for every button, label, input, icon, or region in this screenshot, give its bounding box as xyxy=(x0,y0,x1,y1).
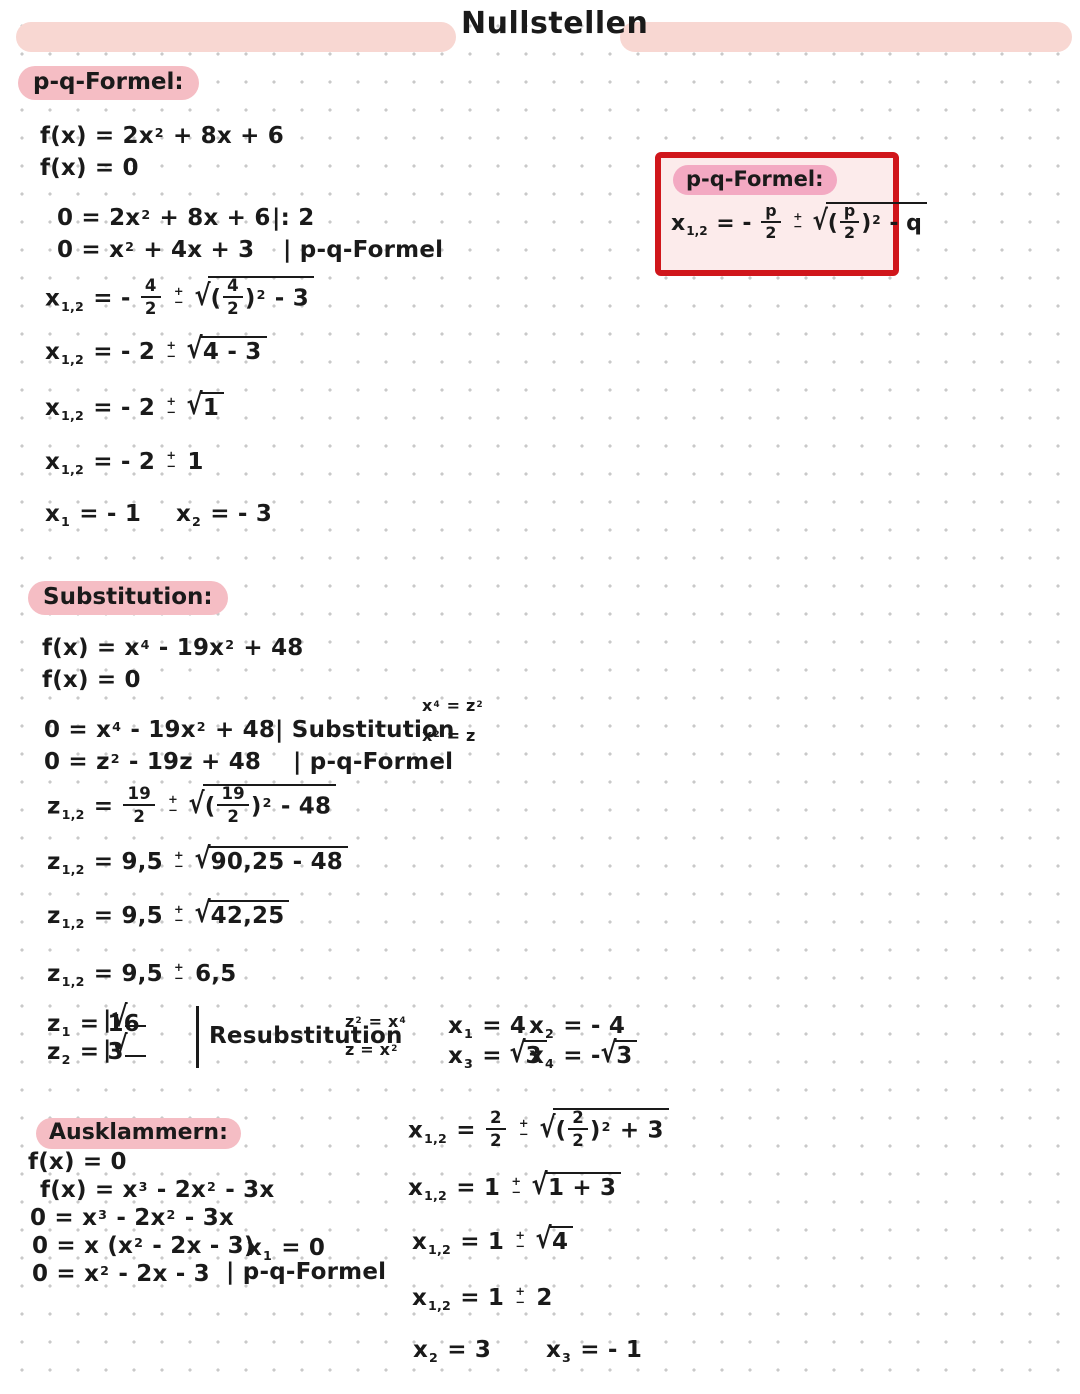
substitution-section-heading: Substitution: xyxy=(28,581,228,615)
ausklammern-line: 0 = x (x2 - 2x - 3) xyxy=(32,1232,255,1261)
title-highlight-left xyxy=(16,22,456,52)
pq-section-heading: p-q-Formel: xyxy=(18,66,199,100)
sqrt-operation-mark: |√ xyxy=(103,1036,146,1065)
resubstitution-rule-note: z2 = x4 xyxy=(345,1012,407,1032)
formula-box: p-q-Formel: x1,2 = - p2 +− √(p2)2 - q xyxy=(655,152,899,276)
substitution-step-note: | p-q-Formel xyxy=(293,748,453,777)
page-title: Nullstellen xyxy=(461,6,648,41)
substitution-step-equation: 0 = z2 - 19z + 48 xyxy=(44,748,261,777)
notes-page: Nullstellen p-q-Formel: f(x) = 2x2 + 8x … xyxy=(0,0,1080,1394)
ausklammern-line: 0 = x3 - 2x2 - 3x xyxy=(30,1204,234,1233)
ausklammern-line: f(x) = x3 - 2x2 - 3x xyxy=(40,1176,274,1205)
ausklammern-pq-note: | p-q-Formel xyxy=(226,1258,386,1287)
substitution-step-equation: 0 = x4 - 19x2 + 48 xyxy=(44,716,275,745)
ausklammern-solution-line: x1,2 = 1 +− √4 xyxy=(412,1226,573,1257)
pq-result: x1 = - 1 xyxy=(45,500,141,529)
substitution-solution-line: z1,2 = 9,5 +− √42,25 xyxy=(47,900,289,931)
ausklammern-solution-line: x1,2 = 22 +− √(22)2 + 3 xyxy=(408,1108,669,1152)
pq-step-equation: 0 = 2x2 + 8x + 6 xyxy=(57,204,271,233)
substitution-solution-line: z1,2 = 9,5 +− √90,25 - 48 xyxy=(47,846,348,877)
pq-solution-line: x1,2 = - 2 +− √1 xyxy=(45,392,224,423)
pq-step-equation: 0 = x2 + 4x + 3 xyxy=(57,236,254,265)
ausklammern-line: 0 = x2 - 2x - 3 xyxy=(32,1260,210,1289)
substitution-given-line: f(x) = 0 xyxy=(42,666,141,695)
separator-line xyxy=(196,1006,199,1068)
formula-box-heading: p-q-Formel: xyxy=(673,165,837,195)
ausklammern-result: x2 = 3 xyxy=(413,1336,491,1365)
pq-given-line: f(x) = 2x2 + 8x + 6 xyxy=(40,122,284,151)
substitution-solution-line: z1,2 = 9,5 +− 6,5 xyxy=(47,960,236,989)
pq-solution-line: x1,2 = - 2 +− 1 xyxy=(45,448,204,477)
resubstitution-rule-note: z = x2 xyxy=(345,1040,399,1060)
pq-step-note: | p-q-Formel xyxy=(283,236,443,265)
pq-solution-line: x1,2 = - 2 +− √4 - 3 xyxy=(45,336,267,367)
pq-solution-line: x1,2 = - 42 +− √(42)2 - 3 xyxy=(45,276,314,320)
substitution-solution-line: z1,2 = 192 +− √(192)2 - 48 xyxy=(47,784,336,828)
substitution-rule-note: x4 = z2 xyxy=(422,696,484,716)
ausklammern-result: x3 = - 1 xyxy=(546,1336,642,1365)
x-result: x4 = -√3 xyxy=(529,1040,637,1071)
pq-result: x2 = - 3 xyxy=(176,500,272,529)
pq-step-note: |: 2 xyxy=(272,204,314,233)
title-highlight-right xyxy=(620,22,1072,52)
ausklammern-line: f(x) = 0 xyxy=(28,1148,127,1177)
substitution-given-line: f(x) = x4 - 19x2 + 48 xyxy=(42,634,304,663)
pq-given-line: f(x) = 0 xyxy=(40,154,139,183)
substitution-step-note: | Substitution xyxy=(275,716,455,745)
formula-box-formula: x1,2 = - p2 +− √(p2)2 - q xyxy=(671,202,927,244)
ausklammern-solution-line: x1,2 = 1 +− 2 xyxy=(412,1284,553,1313)
ausklammern-solution-line: x1,2 = 1 +− √1 + 3 xyxy=(408,1172,621,1203)
ausklammern-section-heading: Ausklammern: xyxy=(36,1118,241,1149)
